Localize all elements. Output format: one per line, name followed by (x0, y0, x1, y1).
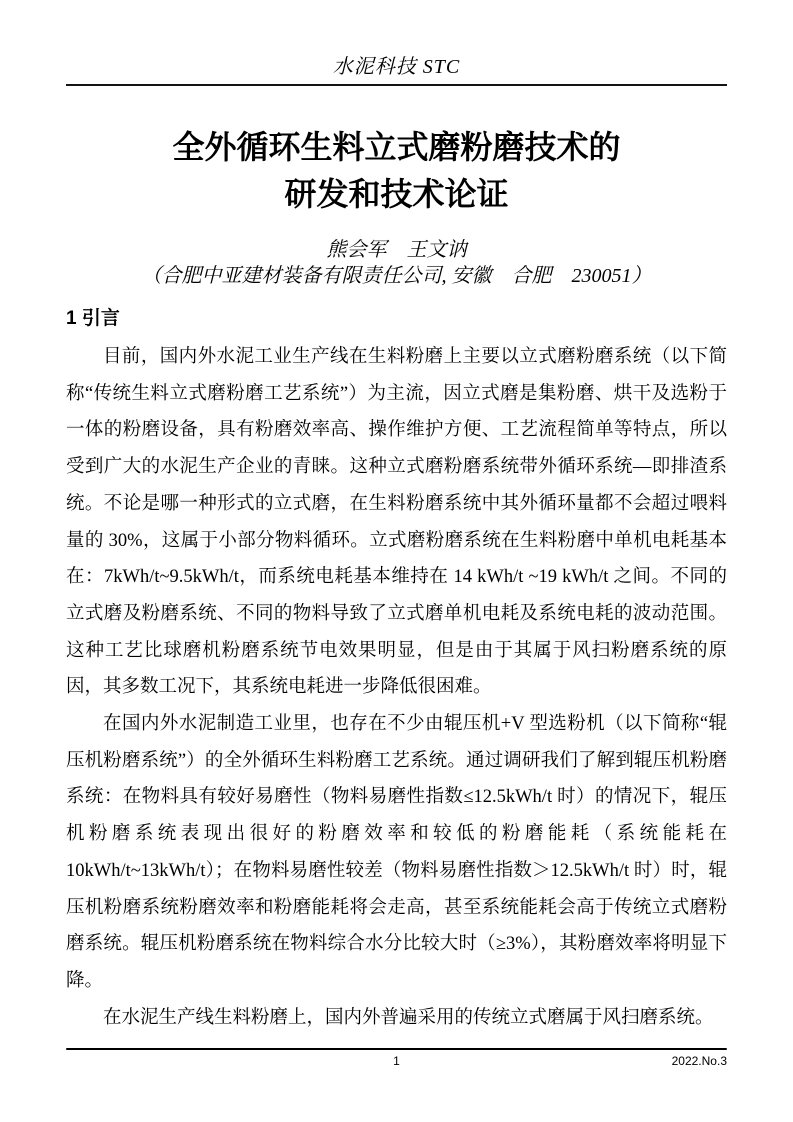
article-title-line-2: 研发和技术论证 (0, 171, 793, 218)
section-heading-introduction: 1 引言 (66, 305, 727, 333)
article-title-line-1: 全外循环生料立式磨粉磨技术的 (0, 124, 793, 171)
document-page: 水泥科技 STC 全外循环生料立式磨粉磨技术的 研发和技术论证 熊会军 王文讷 … (0, 0, 793, 1122)
issue-label: 2022.No.3 (672, 1054, 727, 1068)
paragraph-3: 在水泥生产线生料粉磨上，国内外普遍采用的传统立式磨属于风扫磨系统。 (66, 1000, 727, 1037)
footer-rule (66, 1048, 727, 1050)
paragraph-1: 目前，国内外水泥工业生产线在生料粉磨上主要以立式磨粉磨系统（以下简称“传统生料立… (66, 339, 727, 706)
header-rule (66, 84, 727, 86)
article-body: 1 引言 目前，国内外水泥工业生产线在生料粉磨上主要以立式磨粉磨系统（以下简称“… (66, 305, 727, 1036)
paragraph-2: 在国内外水泥制造工业里，也存在不少由辊压机+V 型选粉机（以下简称“辊压机粉磨系… (66, 706, 727, 1000)
page-footer: 1 2022.No.3 (66, 1054, 727, 1072)
article-title: 全外循环生料立式磨粉磨技术的 研发和技术论证 (0, 124, 793, 218)
page-number: 1 (66, 1054, 727, 1068)
journal-header-title: 水泥科技 STC (0, 50, 793, 79)
affiliation-line: （合肥中亚建材装备有限责任公司, 安徽 合肥 230051） (0, 259, 793, 288)
authors-line: 熊会军 王文讷 (0, 233, 793, 262)
